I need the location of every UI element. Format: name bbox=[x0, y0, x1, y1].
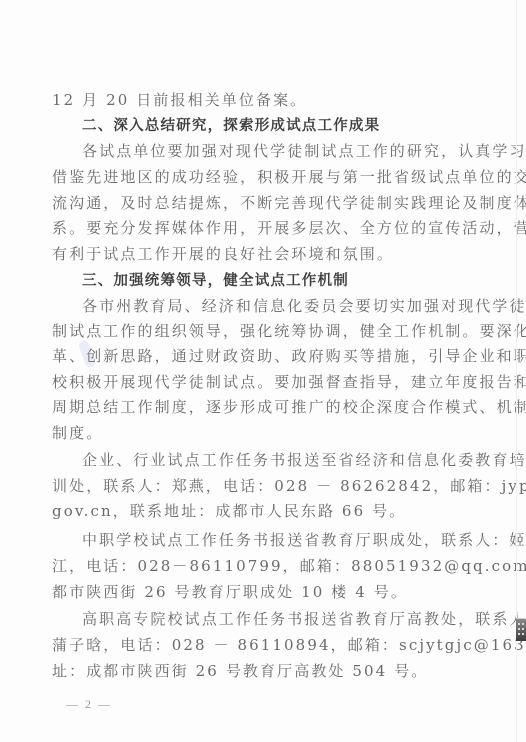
paragraph-line: 制度。 bbox=[52, 424, 464, 442]
paragraph-line: 校积极开展现代学徒制试点。要加强督查指导，建立年度报告和 bbox=[52, 373, 464, 391]
page-number: — 2 — bbox=[66, 697, 112, 712]
paragraph-line: 都市陕西街 26 号教育厅职成处 10 楼 4 号。 bbox=[52, 583, 464, 601]
paragraph-line: 蒲子晗，电话：028 － 86110894，邮箱：scjytgjc@163.co… bbox=[52, 636, 464, 654]
scroll-handle[interactable] bbox=[516, 618, 526, 641]
paragraph-line: 流沟通，及时总结提炼，不断完善现代学徒制实践理论及制度体 bbox=[52, 194, 464, 212]
paragraph-line: 各试点单位要加强对现代学徒制试点工作的研究，认真学习 bbox=[82, 142, 464, 160]
section-heading: 二、深入总结研究，探索形成试点工作成果 bbox=[82, 117, 464, 135]
paragraph-line: 高职高专院校试点工作任务书报送省教育厅高教处，联系人： bbox=[82, 610, 464, 628]
paragraph-line: 江，电话：028－86110799，邮箱：88051932@qq.com，联系地… bbox=[52, 557, 464, 575]
paragraph-line: 12 月 20 日前报相关单位备案。 bbox=[52, 91, 464, 109]
paragraph-line: 训处，联系人：郑燕，电话：028 － 86262842，邮箱：jypxc@scj… bbox=[52, 477, 464, 495]
paragraph-line: 系。要充分发挥媒体作用，开展多层次、全方位的宣传活动，营造 bbox=[52, 219, 464, 237]
document-page: 12 月 20 日前报相关单位备案。二、深入总结研究，探索形成试点工作成果各试点… bbox=[0, 0, 526, 742]
paragraph-line: 中职学校试点工作任务书报送省教育厅职成处，联系人：姬岳 bbox=[82, 531, 464, 549]
paragraph-line: 有利于试点工作开展的良好社会环境和氛围。 bbox=[52, 245, 464, 263]
paragraph-line: 制试点工作的组织领导，强化统筹协调，健全工作机制。要深化改 bbox=[52, 322, 464, 340]
paragraph-line: 借鉴先进地区的成功经验，积极开展与第一批省级试点单位的交 bbox=[52, 168, 464, 186]
section-heading: 三、加强统筹领导，健全试点工作机制 bbox=[82, 272, 464, 290]
paragraph-line: 各市州教育局、经济和信息化委员会要切实加强对现代学徒 bbox=[82, 297, 464, 315]
paragraph-line: 企业、行业试点工作任务书报送至省经济和信息化委教育培 bbox=[82, 451, 464, 469]
paragraph-line: 革、创新思路，通过财政资助、政府购买等措施，引导企业和职业院 bbox=[52, 347, 464, 365]
paragraph-line: 址：成都市陕西街 26 号教育厅高教处 504 号。 bbox=[52, 662, 464, 680]
paragraph-line: 周期总结工作制度，逐步形成可推广的校企深度合作模式、机制和 bbox=[52, 398, 464, 416]
paragraph-line: gov.cn，联系地址：成都市人民东路 66 号。 bbox=[52, 502, 464, 520]
